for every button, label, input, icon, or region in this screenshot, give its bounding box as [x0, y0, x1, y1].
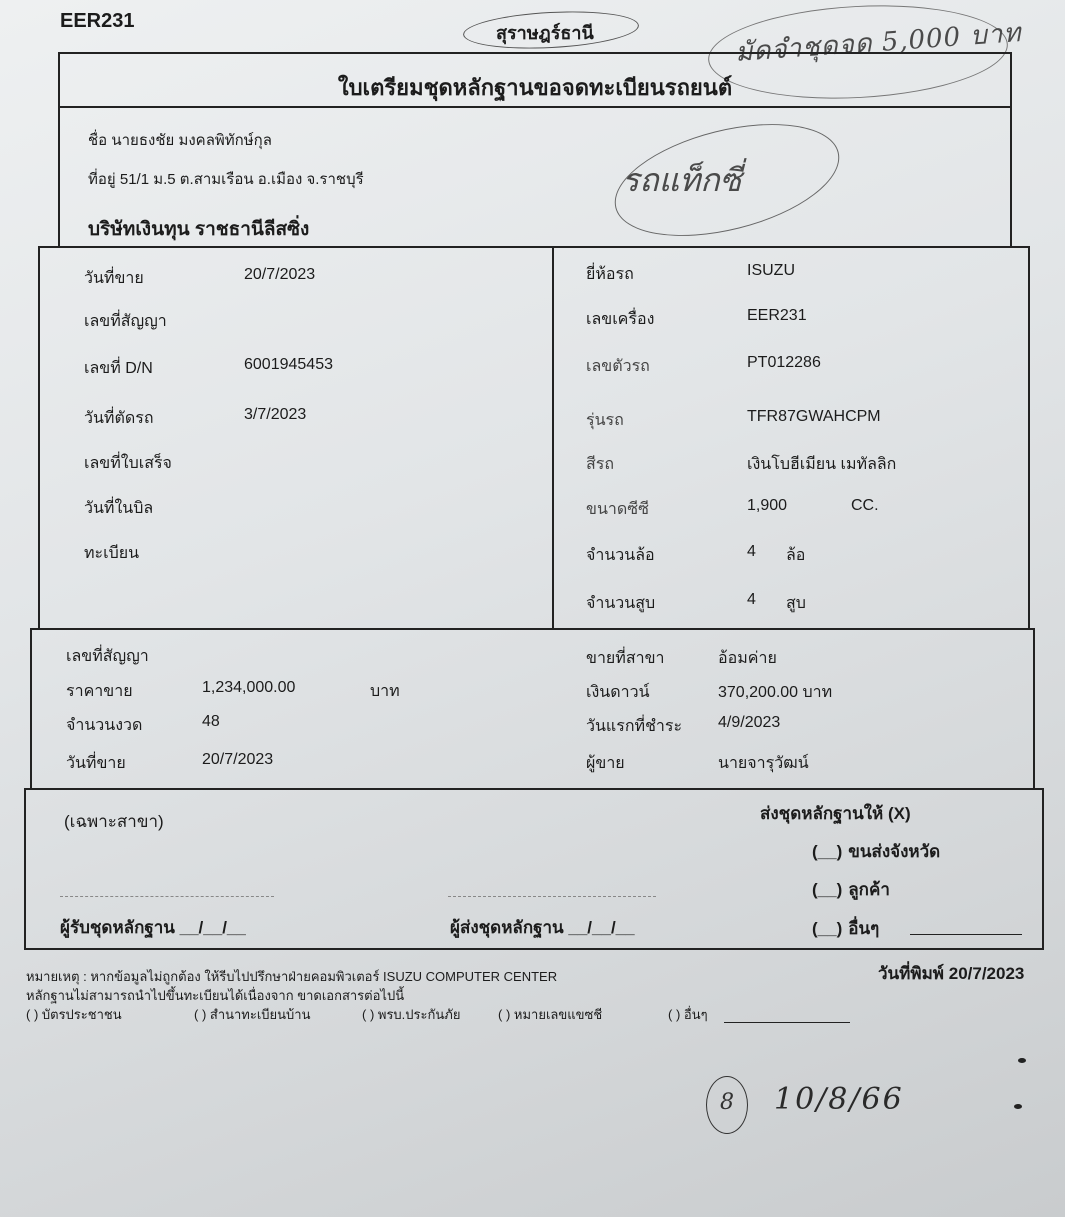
vehicle-info-value: ISUZU — [747, 262, 795, 280]
customer-address-line: ที่อยู่ 51/1 ม.5 ต.สามเรือน อ.เมือง จ.รา… — [88, 167, 364, 191]
sale-info-label: เลขที่ D/N — [84, 356, 153, 381]
send-option-checkbox[interactable]: (__)ลูกค้า — [812, 876, 890, 903]
sender-label: ผู้ส่งชุดหลักฐาน __/__/__ — [450, 914, 635, 941]
handwritten-taxi-note: รถแท็กซี่ — [622, 155, 741, 206]
finance-value: อ้อมค่าย — [718, 646, 777, 671]
finance-label: วันที่ขาย — [66, 751, 126, 776]
handwritten-page-number: 8 — [720, 1090, 734, 1115]
finance-section — [30, 628, 1035, 790]
vehicle-info-unit: ล้อ — [786, 543, 805, 568]
finance-label: ผู้ขาย — [586, 751, 625, 776]
customer-name: นายธงชัย มงคลพิทักษ์กุล — [111, 132, 272, 149]
finance-value: 4/9/2023 — [718, 714, 780, 732]
vehicle-info-label: เลขเครื่อง — [586, 307, 654, 332]
print-date-line: วันที่พิมพ์ 20/7/2023 — [878, 960, 1024, 987]
checkbox-mark: (__) — [812, 919, 842, 938]
sale-info-label: เลขที่ใบเสร็จ — [84, 451, 172, 476]
vehicle-info-value: TFR87GWAHCPM — [747, 408, 881, 426]
missing-doc-checkbox[interactable]: ( ) หมายเลขแขซชี — [498, 1004, 602, 1025]
send-option-label: ลูกค้า — [848, 880, 890, 899]
receiver-signature-line — [60, 896, 274, 897]
staple-hole — [1018, 1058, 1026, 1063]
vehicle-info-label: จำนวนสูบ — [586, 591, 655, 616]
missing-doc-checkbox[interactable]: ( ) พรบ.ประกันภัย — [362, 1004, 460, 1025]
staple-hole — [1014, 1104, 1022, 1109]
checkbox-mark: (__) — [812, 880, 842, 899]
vehicle-section-divider — [552, 246, 554, 630]
vehicle-info-label: เลขตัวรถ — [586, 354, 650, 379]
finance-value: 370,200.00 บาท — [718, 680, 832, 705]
missing-doc-checkbox[interactable]: ( ) อื่นๆ — [668, 1004, 708, 1025]
send-option-label: ขนส่งจังหวัด — [848, 842, 940, 861]
sale-info-label: วันที่ตัดรถ — [84, 406, 154, 431]
vehicle-info-unit: สูบ — [786, 591, 806, 616]
title-bar: ใบเตรียมชุดหลักฐานขอจดทะเบียนรถยนต์ — [58, 52, 1012, 108]
sale-info-label: เลขที่สัญญา — [84, 309, 167, 334]
finance-value: นายจารุวัฒน์ — [718, 751, 809, 776]
vehicle-info-label: ยี่ห้อรถ — [586, 262, 634, 287]
send-to-label: ส่งชุดหลักฐานให้ (X) — [760, 800, 911, 827]
finance-label: ราคาขาย — [66, 679, 133, 704]
vehicle-info-value: 4 — [747, 543, 756, 561]
footer-note-line2: หลักฐานไม่สามารถนำไปขึ้นทะเบียนได้เนื่อง… — [26, 985, 404, 1006]
vehicle-info-label: ขนาดซีซี — [586, 497, 649, 522]
document-title: ใบเตรียมชุดหลักฐานขอจดทะเบียนรถยนต์ — [58, 70, 1012, 105]
vehicle-info-label: รุ่นรถ — [586, 408, 624, 433]
engine-code-header: EER231 — [60, 10, 135, 33]
handwritten-date: 10/8/66 — [774, 1082, 904, 1117]
vehicle-info-value: PT012286 — [747, 354, 821, 372]
send-option-label: อื่นๆ — [848, 919, 879, 938]
missing-other-blank — [724, 1022, 850, 1023]
checkbox-mark: (__) — [812, 842, 842, 861]
finance-value: 20/7/2023 — [202, 751, 273, 769]
vehicle-info-value: 4 — [747, 591, 756, 609]
vehicle-info-value: เงินโบฮีเมียน เมทัลลิก — [747, 452, 896, 477]
footer-note-line1: หมายเหตุ : หากข้อมูลไม่ถูกต้อง ให้รีบไปป… — [26, 966, 557, 987]
customer-name-line: ชื่อ นายธงชัย มงคลพิทักษ์กุล — [88, 128, 272, 152]
finance-unit: บาท — [370, 679, 400, 704]
province-label: สุราษฎร์ธานี — [496, 18, 594, 47]
finance-value: 48 — [202, 713, 220, 731]
vehicle-info-unit: CC. — [851, 497, 879, 515]
sale-info-label: วันที่ขาย — [84, 266, 144, 291]
send-option-checkbox[interactable]: (__)ขนส่งจังหวัด — [812, 838, 940, 865]
finance-company: บริษัทเงินทุน ราชธานีลีสซิ่ง — [88, 214, 309, 244]
customer-name-label: ชื่อ — [88, 132, 107, 149]
branch-only-label: (เฉพาะสาขา) — [64, 808, 164, 835]
vehicle-info-label: จำนวนล้อ — [586, 543, 655, 568]
finance-label: เงินดาวน์ — [586, 680, 650, 705]
vehicle-info-label: สีรถ — [586, 452, 614, 477]
missing-doc-checkbox[interactable]: ( ) สำนาทะเบียนบ้าน — [194, 1004, 311, 1025]
print-date: 20/7/2023 — [949, 964, 1025, 983]
sender-signature-line — [448, 896, 656, 897]
print-date-label: วันที่พิมพ์ — [878, 964, 944, 983]
sale-info-label: ทะเบียน — [84, 541, 139, 566]
send-option-checkbox[interactable]: (__)อื่นๆ — [812, 915, 879, 942]
finance-value: 1,234,000.00 — [202, 679, 295, 697]
finance-label: ขายที่สาขา — [586, 646, 665, 671]
vehicle-info-value: 1,900 — [747, 497, 787, 515]
finance-label: จำนวนงวด — [66, 713, 142, 738]
sale-info-label: วันที่ในบิล — [84, 496, 153, 521]
missing-doc-checkbox[interactable]: ( ) บัตรประชาชน — [26, 1004, 122, 1025]
vehicle-section — [38, 246, 1030, 630]
finance-label: วันแรกที่ชำระ — [586, 714, 682, 739]
receiver-label: ผู้รับชุดหลักฐาน __/__/__ — [60, 914, 246, 941]
vehicle-info-value: EER231 — [747, 307, 807, 325]
sale-info-value: 20/7/2023 — [244, 266, 315, 284]
finance-label: เลขที่สัญญา — [66, 644, 149, 669]
customer-address-label: ที่อยู่ — [88, 171, 116, 188]
other-option-blank — [910, 934, 1022, 935]
sale-info-value: 3/7/2023 — [244, 406, 306, 424]
customer-address: 51/1 ม.5 ต.สามเรือน อ.เมือง จ.ราชบุรี — [120, 171, 364, 188]
sale-info-value: 6001945453 — [244, 356, 333, 374]
